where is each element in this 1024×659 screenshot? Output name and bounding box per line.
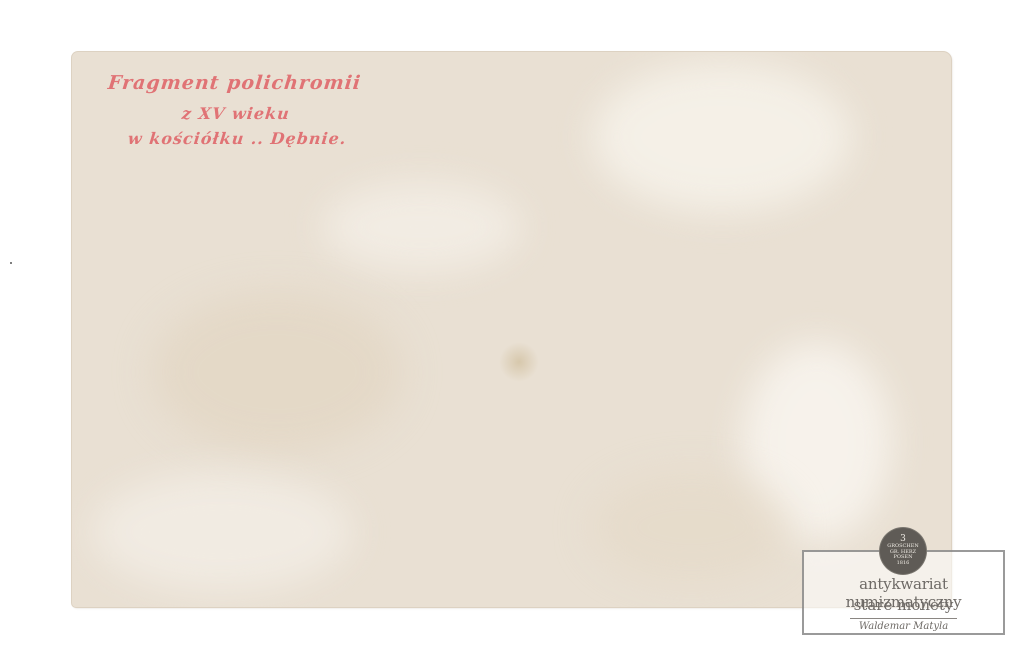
coin-icon: 3 GROSCHEN GR. HERZ POSEN 1816 — [880, 528, 926, 574]
watermark-signature: Waldemar Matyla — [802, 621, 1005, 632]
stain — [92, 472, 352, 592]
stamp-line-2: z XV wieku — [181, 104, 291, 123]
stain — [592, 62, 852, 212]
speck — [10, 262, 12, 264]
postcard-back: Fragment polichromii z XV wieku w kośció… — [72, 52, 951, 607]
stain — [322, 182, 522, 272]
fingerprint-smudge — [499, 342, 539, 382]
stamp-line-3: w kościółku .. Dębnie. — [127, 129, 347, 148]
coin-denomination: 3 — [880, 528, 926, 544]
coin-line: 1816 — [880, 561, 926, 567]
stain — [152, 292, 402, 452]
stamp-line-1: Fragment polichromii — [107, 72, 362, 94]
watermark-subtitle: stare monety — [802, 596, 1005, 614]
watermark-divider — [850, 618, 957, 619]
stain — [592, 472, 792, 582]
